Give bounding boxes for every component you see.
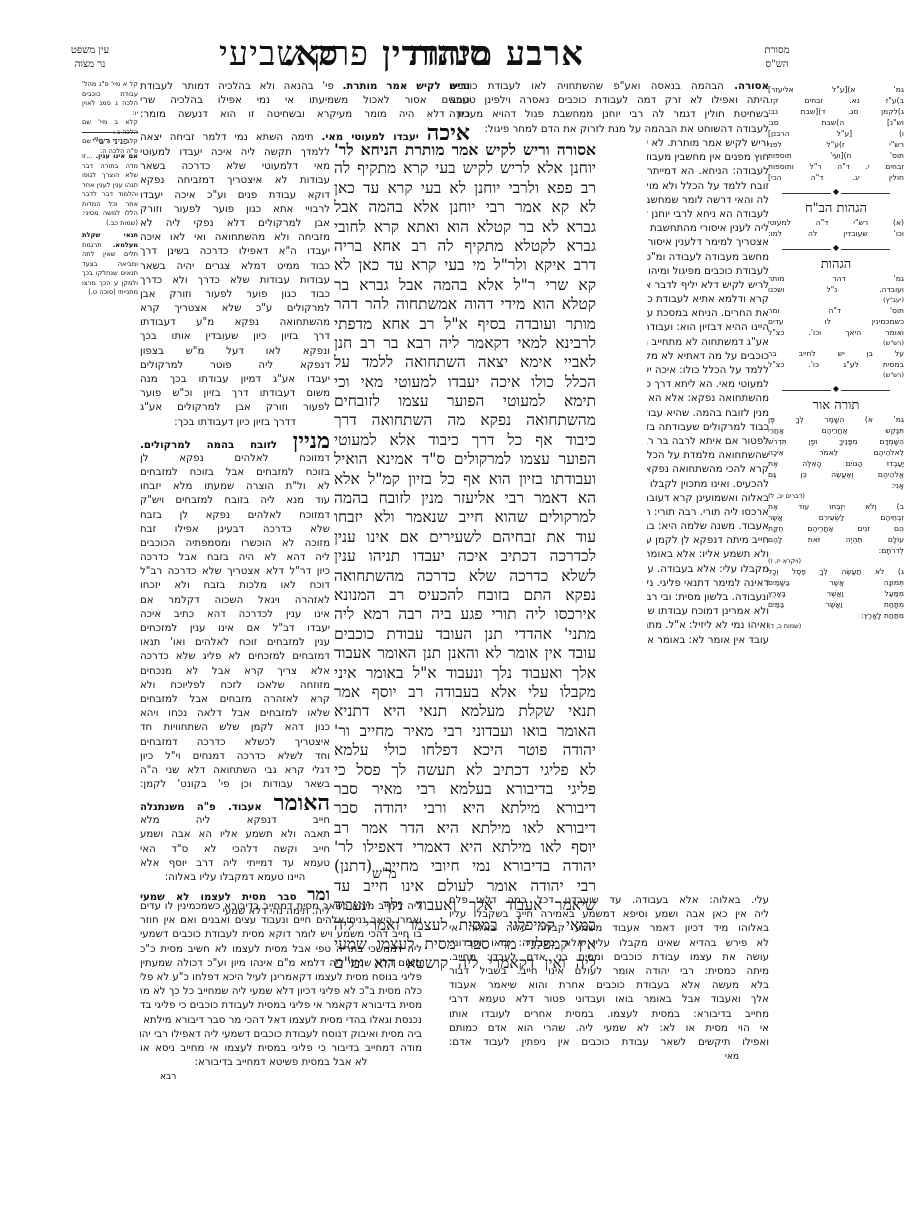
hagahot-habach-line: (א) רש"י ד"ה למעוטי xyxy=(768,217,904,228)
torah-or-source: (שמות כ, ד) xyxy=(768,621,904,631)
torah-or-line: תִּנָּקֵשׁ אַחֲרֵיהֶם אַחֲרֵי xyxy=(768,425,904,436)
tosafot-dibbur: אעבוד. פ"ה משנתנלה xyxy=(140,802,262,813)
rashi-line: באלוה ואשמועינן קרא דעובר בלאו xyxy=(647,492,769,506)
rashi-line: ונעבודה. בלשון מסית: ובי רבי xyxy=(647,591,769,605)
gemara-line: אין קמפלגי מר סבר מסית לעצמו שמעי xyxy=(334,935,596,954)
rashi-line: היתה ואפילו לא זרק דמה לעבודת כוכבים נאס… xyxy=(449,94,769,108)
rashi-line: כוכבים על מה דאתיא לא מלמדת בלא xyxy=(647,350,769,364)
ein-mishpat-heading-line: עין משפט xyxy=(50,44,130,58)
gemara-main-text: אסורה וריש לקיש אמר מותרת הניחא לר' יוחנ… xyxy=(334,140,596,974)
tosafot-line: תאבה ולא תשמע אליו הא אבה ושמע xyxy=(140,828,330,842)
rashi-line: למעוטי מאי. הא ליתא דרך כבוד xyxy=(647,378,769,392)
pnei-rashi-column: אם אינו ענין. ...זו מדה בתורה דבר שלא הו… xyxy=(82,152,138,298)
tosafot-line: כוכבים אסור לאכול משמיעתו אי נמי אפילו ב… xyxy=(140,94,470,108)
hagahot-title: הגהות xyxy=(768,259,904,270)
pnei-rashi-head: אם אינו ענין. xyxy=(96,152,138,160)
gemara-line: דיבורא מילתא היא ורבי יהודה סבר xyxy=(334,799,596,818)
hagahot-line: כשמכמינין לו עדים xyxy=(768,316,904,327)
gemara-line: מותר ועובדה בסיף א"ל רב אחא מדפתי xyxy=(334,315,596,334)
gemara-line: הכלל כולו איכה יעבדו למעוטי מאי וכי xyxy=(334,373,596,392)
rashi-line: ליה לענין איסורי מהתחשבת פיגול xyxy=(647,222,769,236)
rashi-line: חייב מיתה דנפקא לן לקמן עבודה xyxy=(647,534,769,548)
rashi-line: את החרים. הניחא במסכת ע"ז xyxy=(647,307,769,321)
tosafot-line: מודה דמחייב בדיבור כי פליגי במסית לעצמו … xyxy=(140,1042,422,1056)
rashi-line: ואפילו תיקשים לשאר עבודת כוכבים אין ניפת… xyxy=(449,1036,769,1050)
rashi-line: אצטריך למימר דלענין איסורא נמי xyxy=(647,236,769,250)
rashi-text: הבהמה בנאסה ואע"פ שהשתחויה לאו לעבודת כו… xyxy=(449,81,724,92)
rashi-line: זובח ללמד על הכלל ולא מוקמינן xyxy=(647,180,769,194)
rashi-line: אלך ואעבוד אבל באומר בואו ועבדוני פטור ד… xyxy=(449,993,769,1007)
rashi-line: לעבודה הא ניחא לרבי יוחנן דנפקא xyxy=(647,208,769,222)
tosafot-line: חייב וקשה דלהכי לא ס"ד האי xyxy=(140,843,330,857)
rashi-line: קרא ודלמא אתיא לעבודת כוכבים xyxy=(647,293,769,307)
gemara-line: מקבלו עלי אלא בעבודה רב יוסף אמר xyxy=(334,683,596,702)
gemara-line: דיבורא לאו מילתא היא הדר אמר רב xyxy=(334,819,596,838)
rashi-line: לעבודה דהשוחט את הבהמה על מנת לזרוק את ה… xyxy=(449,123,769,137)
tosafot-line: מאי דלמעוטי שלא כדרכה בשאר xyxy=(140,160,330,174)
torah-or-line: הִשָּׁמְדָם מִפָּנֶיךָ וּפֶן תִּדְרֹשׁ xyxy=(768,436,904,447)
rashi-line: להכעיס. ואינו מתכוין לקבלו עליו xyxy=(647,478,769,492)
tosafot-opening-word: מניין xyxy=(293,430,330,452)
gemara-line: לכדרכה דכתיב איכה יעבדו תניהו ענין xyxy=(334,547,596,566)
hagahot-habach-title: הגהות הב"ח xyxy=(768,203,904,214)
torah-or-line: יַעַבְדוּ הַגּוֹיִם הָאֵלֶּה אֶת xyxy=(768,458,904,469)
torah-or-line: אָנִי: xyxy=(768,480,904,491)
tosafot-text: תימה השתא נמי דלמר זביחה יצאה xyxy=(140,132,314,143)
tosafot-line: כיון דלא היה מומר מעיקרא ובשחיטה זו הוא … xyxy=(140,108,470,122)
gemara-line: הא דאמר רבי אליעזר מנין לזובח בהמה xyxy=(334,489,596,508)
rashi-line: היינו ההיא דבזיון הוא: ועבודתו בסייף. xyxy=(647,321,769,335)
gemara-catchword: מ"ש xyxy=(372,866,397,883)
rashi-catchword: מאי xyxy=(449,1050,769,1064)
torah-or-line: מִתַּחַת לָאָרֶץ: xyxy=(768,610,904,621)
gemara-line: אלך ואעבוד נלך ונעבוד א"ל באומר איני xyxy=(334,664,596,683)
hagahot-line: גמ' דהר מותר xyxy=(768,273,904,284)
tosafot-line: לא אבל במסית פשיטא דמחייב בדיבורא: xyxy=(140,1056,422,1070)
rashi-line: וריש לקיש אמר מותרת. לא יליף xyxy=(647,137,769,151)
tosafot-line: כיון דר"ל דלא אצטריך שלא כדרכה רב"ל xyxy=(140,565,330,579)
tosafot-line: יעבדו אע"ג דמיון עבודתו בכך מנה xyxy=(140,373,330,387)
torah-or-source: (דברים יב, ל) xyxy=(768,491,904,501)
masoret-line: זבחים י. ד"ה ר"ל ותוספות xyxy=(768,161,904,172)
masoret-line: גמ' א)[ע"ל אליעזר] xyxy=(768,84,904,95)
gemara-line: נפקא התם בזובח להכעיס רב המנונא xyxy=(334,586,596,605)
gemara-line: אירכסו ליה תורי פגע ביה רבה רמא ליה xyxy=(334,605,596,624)
tosafot-line: אבן למרקולים דלא נפקי ליה לא xyxy=(140,217,330,231)
folio-number: סא. xyxy=(283,34,339,74)
tosafot-line: למרקולים ע"כ שלא אצטריך קרא xyxy=(140,302,330,316)
rashi-line: דאינה למימר דתנאי פליגי. נלך xyxy=(647,577,769,591)
tosafot-line: טעמא עד דמייתי ליה דרב יוסף אלא xyxy=(140,857,330,871)
rashi-side-column: וריש לקיש אמר מותרת. לא יליף חוץ מפנים א… xyxy=(647,137,769,648)
gemara-line: אסורה וריש לקיש אמר מותרת הניחא לר' xyxy=(334,140,596,159)
gemara-line: במאי קמיפלגי במסית לעצמו ואמרי ליה xyxy=(334,916,596,935)
rashi-line: לעבודה: הניחא. הא דמייתר xyxy=(647,165,769,179)
gemara-line: לרבינא למאי דקאמר ליה רבא בר רב חנן xyxy=(334,334,596,353)
tosafot-line: משום דעבודתו דרך בזיון וכ"ש פוער xyxy=(140,387,330,401)
masoret-line: תוס' ח)[ועי' תוספות xyxy=(768,150,904,161)
tosafot-line: וריש לקיש אמר מותרת. פי' בהנאה ולא בהלכי… xyxy=(140,80,470,94)
tosafot-line: מזוכה לא הוכשרו ומסמפתיה הכוכבים xyxy=(140,537,330,551)
tosafot-line: דמזוכח לאלהים נפקא לן xyxy=(140,452,330,466)
tosafot-line: שלאו למזבחים אבל דלאה נכחו ויהא xyxy=(140,707,330,721)
tosafot-line: חייב דנפקא ליה מלא xyxy=(140,814,330,828)
torah-or-line: מִמַּעַל וַאֲשֶׁר בָּאָרֶץ xyxy=(768,588,904,599)
rashi-line: בלא מעשה אלא בעבודת כוכבים אחרת והוא שיא… xyxy=(449,979,769,993)
gemara-line: לאביי אימא יצאה השתחואה ללמד על xyxy=(334,353,596,372)
gemara-line: הפוער עצמו למרקולים ס"ד אמינא הואיל xyxy=(334,450,596,469)
hagahot-line: על בן יש לחייב בר xyxy=(768,348,904,359)
rashi-line: לפטור אם איתא לרבה בר רב חנן xyxy=(647,435,769,449)
tosafot-line: קרא לאזהרה מזבחים אבל למזבחים xyxy=(140,693,330,707)
tosafot-line: יעבדו דב"ל אם אינו ענין למזכחים xyxy=(140,622,330,636)
gemara-line: האומר בואו ועבדוני רבי מאיר מחייב ור' xyxy=(334,722,596,741)
tosafot-line: לא ול"ת הוצרה שמעתו מלא יזבחו xyxy=(140,480,330,494)
tosafot-line: דגלי קרא גבי השתחואה דלא שני ה"ה xyxy=(140,764,330,778)
rashi-line: לעבודת כוכבים מפיגול ומיהו אבל xyxy=(647,265,769,279)
gemara-line: מתני' אהדדי תנן העובד עבודת כוכבים xyxy=(334,625,596,644)
torah-or-line: גמ' א) הִשָּׁמֶר לְךָ פֶּן xyxy=(768,414,904,425)
hagahot-habach-line: וכו' שעובדין לה למו: xyxy=(768,228,904,239)
hagahot-line: תוס' ד"ה ומר xyxy=(768,305,904,316)
rashi-line: אסורה. הבהמה בנאסה ואע"פ שהשתחויה לאו לע… xyxy=(449,80,769,94)
masoret-heading-line: מסורת xyxy=(752,44,802,58)
gemara-line: עובד אין אומר לא והאנן תנן האומר אעבוד xyxy=(334,644,596,663)
rashi-line: מהשתחואה נפקא: אלא הא דא"ר אליעזר xyxy=(647,392,769,406)
gemara-line: שיאמר אעבוד אלך ואעבוד נלך ונעבוד xyxy=(334,896,596,915)
hagahot-source: (יעב"ץ) xyxy=(768,295,904,305)
tosafot-line: וחד לשלא כדרכה דמנחים וי"ל כיון xyxy=(140,750,330,764)
tosafot-line: עוד מנא ליה בזובח למזבחים ויש"ק xyxy=(140,494,330,508)
hagahot-line: ועובדה. נ"ל ושכנו xyxy=(768,284,904,295)
tosafot-header-block: וריש לקיש אמר מותרת. פי' בהנאה ולא בהלכי… xyxy=(140,80,470,143)
gemara-line: קא שרי ר"ל אלא בהמה אבל גברא בר xyxy=(334,276,596,295)
tosafot-line: האומר אעבוד. פ"ה משנתנלה xyxy=(140,792,330,814)
tosafot-dibbur: לזובח בהמה למרקולים. xyxy=(140,440,277,451)
tosafot-line: נכנסת וגאלו בהדי מסית לעצמו דאל דהכי מר … xyxy=(140,1014,422,1028)
gemara-line: יוסף לאו מילתא היא דאמרי דאפילו לר' xyxy=(334,838,596,857)
torah-or-title: תורה אור xyxy=(768,400,904,411)
tosafot-line: כבוד ממיט דמלא צגרים יהיה בשאר xyxy=(140,260,330,274)
rashi-line: קרא להכי מהשתחואה נפקא: לזובח xyxy=(647,463,769,477)
tosafot-line: אינו ענין לכדרכה דהא כתיב איכה xyxy=(140,608,330,622)
rashi-line: ארכסו ליה תורי. רבה תורי: האומר xyxy=(647,506,769,520)
pnei-rashi-text: ...זו מדה בתורה דבר שלא הוצרך לגופו תנהו… xyxy=(82,152,138,227)
rashi-line: אי הוי מסית או לא: לא שמעי ליה. שהרי הוא… xyxy=(449,1022,769,1036)
tosafot-line: איצטריך לכשלא כדרכה דמזבחים xyxy=(140,736,330,750)
tosafot-line: ליה דהא לא היה בזבח אבל כדרכה xyxy=(140,551,330,565)
torah-or-line: אֱלֹהֵיהֶם וְאֶעֱשֶׂה כֵּן גַּם xyxy=(768,469,904,480)
tosafot-line: ללמדך תקשה ליה איכה יעבדו למעוטי xyxy=(140,146,330,160)
ein-mishpat-heading-line: נר מצוה xyxy=(50,58,130,72)
rashi-line: אע"ג דמשתחוה לא מתחייב מיתת עבודת xyxy=(647,336,769,350)
rashi-line: ללמד על הכלל כולו: איכה יעבדו. xyxy=(647,364,769,378)
tosafot-line: ענין למזבחים זוכח לאלהים ואו' תנאו xyxy=(140,636,330,650)
tosafot-line: שלא כדרכה דבעינן אפילו זבח xyxy=(140,523,330,537)
ornament-divider xyxy=(782,386,890,394)
torah-or-line: זִבְחֵיהֶם לַשְּׂעִירִם אֲשֶׁר xyxy=(768,512,904,523)
gemara-line: דרב איקא ולר"ל מי בעי קרא עד כאן לא xyxy=(334,256,596,275)
rashi-line: מנין לזובח בהמה. שהיא עבודת xyxy=(647,407,769,421)
hagahot-source: (רש"ש) xyxy=(768,370,904,380)
masoret-heading-line: הש"ס xyxy=(752,58,802,72)
torah-or-line: לְדֹרֹתָם: xyxy=(768,545,904,556)
torah-or-line: מִתָּחַת וַאֲשֶׁר בַּמַּיִם xyxy=(768,599,904,610)
masoret-column: גמ' א)[ע"ל אליעזר] ב)ע"ז נא. זבחים קז. ג… xyxy=(768,84,904,631)
hagahot-source: (רש"ש) xyxy=(768,338,904,348)
masoret-line: ב)ע"ז נא. זבחים קז. xyxy=(768,95,904,106)
tosafot-line: לרבויי אתא כגון פוער לפעור וזורק xyxy=(140,203,330,217)
rashi-line: מקבלו עלי: אלא בעבודה. עד שיעבדנו xyxy=(647,563,769,577)
tosafot-line: יעבדו ה"א דאפילו כדרכה בשינן דרך xyxy=(140,245,330,259)
ornament-divider xyxy=(82,132,138,133)
tosafot-line: דוכח לאו מלכות בזבח ולא יזכחו xyxy=(140,579,330,593)
torah-or-line: עוֹלָם תִּהְיֶה זֹּאת לָהֶם xyxy=(768,534,904,545)
tosafot-line: מסית בדיבורא דקאמר אי פליגי במסית לעבודת… xyxy=(140,999,422,1013)
tosafot-line: ונפקא לאו דעל מ"ש בצפון xyxy=(140,345,330,359)
gemara-line: פליגי בדיבורא בעלמא רבי מאיר סבר xyxy=(334,780,596,799)
tosafot-line: כבוד כגון פוער לפעור וזורק אבן xyxy=(140,288,330,302)
rashi-line: עובד אין אומר לא: באומר איני מקבלו xyxy=(647,634,769,648)
gemara-line: כיבוד אף כל דרך כיבוד אלא למעוטי xyxy=(334,431,596,450)
masoret-line: רש"י ז)ע"ל לפני xyxy=(768,139,904,150)
gemara-line: תנאי שקלת מעלמא תנאי היא דתניא xyxy=(334,702,596,721)
tosafot-catchword: רבא xyxy=(140,1070,422,1084)
rashi-line: אעבוד. משנה שלמה היא: בבלאי. xyxy=(647,520,769,534)
masoret-line: וש"נ] ה)שבת סג: xyxy=(768,117,904,128)
pnei-rashi-title: פניני רש"י xyxy=(82,136,138,147)
gemara-line: קטלא הוא מידי דהוה אמשתחוה להר דהר xyxy=(334,295,596,314)
gemara-line: גברא לקטלא מתקיף לה רב אחא בריה xyxy=(334,237,596,256)
gemara-line: לא פליגי דכתיב לא תעשה לך פסל כי xyxy=(334,761,596,780)
rashi-line: לה והאי דרשה לומר שמחשב מעבודה xyxy=(647,194,769,208)
rashi-line: בשחיטת חולין דגמר לה רבי יוחנן ממחשבת פג… xyxy=(449,108,769,122)
pnei-rashi-entry: תנאי שקלת מעלמא. תרגמת תלים שאין לתה ומב… xyxy=(82,231,138,298)
masoret-line: ו) [ע"ל הרבנן] xyxy=(768,128,904,139)
rashi-line: מחייב בדיבורא: במסית לעצמו. במסית אחרים … xyxy=(449,1008,769,1022)
tractate-name: סנהדרין xyxy=(382,34,490,74)
rashi-dibbur: אסורה. xyxy=(734,81,769,92)
masoret-hashas-heading: מסורת הש"ס xyxy=(752,44,802,72)
hagahot-line: במסית לע"ג כו'. כצ"ל xyxy=(768,359,904,370)
gemara-line: עוד את זבחיהם לשעירים אם אינו ענין xyxy=(334,528,596,547)
tosafot-line: בשאר עבודות וכן פי' בקונט' לקמן: xyxy=(140,778,330,792)
tosafot-line: לפעור וזורק אבן למרקולים אע"ג xyxy=(140,401,330,415)
torah-or-line: ב) וְלֹא יִזְבְּחוּ עוֹד אֶת xyxy=(768,501,904,512)
gemara-line: יהודה פוטר היכא דפלחו כולי עלמא xyxy=(334,741,596,760)
tosafot-line: מהשתחואה נפקא מ"ע דעבודתו xyxy=(140,316,330,330)
gemara-line: רב פפא ולרבי יוחנן לא בעי קרא עד כאן xyxy=(334,179,596,198)
tosafot-line: היינו טעמא דמקבלו עליו באלוה: xyxy=(140,871,330,885)
torah-or-line: הֵם זֹנִים אַחֲרֵיהֶם חֻקַּת xyxy=(768,523,904,534)
tosafot-line: אלא צריך קרא אבל לא מנכחים xyxy=(140,665,330,679)
tosafot-line: דדרך בזיון כיון דעבודתו בכך: xyxy=(140,416,330,430)
tosafot-line: דרך בזיון כיון שעובדין אותו בכך xyxy=(140,330,330,344)
rashi-commentary: אסורה. הבהמה בנאסה ואע"פ שהשתחויה לאו לע… xyxy=(449,80,769,137)
gemara-line: ועבודתו בזיון הוא אף כל בזיון קמ"ל אלא xyxy=(334,470,596,489)
tosafot-column: ללמדך תקשה ליה איכה יעבדו למעוטי מאי דלמ… xyxy=(140,146,330,919)
ornament-divider xyxy=(782,245,890,253)
gemara-line: ליה ואין דקאמרי ליה קושטא הוא ומ"ם xyxy=(334,954,596,973)
ein-mishpat-heading: עין משפט נר מצוה xyxy=(50,44,130,72)
tosafot-line: כלה מסית ב"כ לא פליגי דכיון דלא שמעי ליה… xyxy=(140,985,422,999)
rashi-line: שהשתחואה מלמדת על הכלל xyxy=(647,449,769,463)
gemara-line: יוחנן אלא לריש לקיש בעי קרא מתקיף לה xyxy=(334,159,596,178)
tosafot-line: מזוזחה שלאכו לזכח לפליוכח ולא xyxy=(140,679,330,693)
tosafot-line: דוקא עבודת פנים וע"כ איכה יעבדו xyxy=(140,189,330,203)
gemara-line: לא קא אמר רבי יוחנן אלא בהמה אבל xyxy=(334,198,596,217)
torah-or-line: תְּמוּנָה אֲשֶׁר בַּשָּׁמַיִם xyxy=(768,577,904,588)
tosafot-dibbur: וריש לקיש אמר מותרת. xyxy=(343,81,470,92)
tosafot-line: לאזהרה ויגאל השכוה דקלמר אם xyxy=(140,594,330,608)
rashi-line: חוץ מפנים אין מחשבין מעבודה xyxy=(647,151,769,165)
tosafot-line: דמזבחים למזכחים לא פליג שלא כדרכה xyxy=(140,650,330,664)
ornament-divider xyxy=(782,189,890,197)
tosafot-line: מזביחה ולא מהשתחואה ואי לאו איכה xyxy=(140,231,330,245)
torah-or-line: לֵאלֹהֵיהֶם לֵאמֹר אֵיכָה xyxy=(768,447,904,458)
rashi-line: ואיהו נמי לא ליזיל: א"ל. מתני' דקתני xyxy=(647,619,769,633)
tosafot-line: ביה מסית ואיבוק דנוסח לעבודת כוכבים דשמע… xyxy=(140,1028,422,1042)
tosafot-line: דמזוכח לאלהים נפקא לן בזבח xyxy=(140,509,330,523)
hagahot-line: ואומר היאך וכו'. כצ"ל xyxy=(768,327,904,338)
tosafot-text: פי' בהנאה ולא בהלכיה דמותר לעבודת xyxy=(140,81,334,92)
rashi-line: לריש לקיש דלא יליף לדבר אחר מהאי xyxy=(647,279,769,293)
ein-mishpat-entry: קל א מיי' פ"ג מהל' עבודת כוכבים הלכה ג ס… xyxy=(82,80,138,118)
torah-or-line: ג) לֹא תַעֲשֶׂה לְךָ פֶסֶל וְכָל xyxy=(768,566,904,577)
ein-mishpat-entry: קלא ב מיי' שם הלכה ג : xyxy=(82,118,138,137)
masoret-line: חולין יג. ד"ה הכי] xyxy=(768,172,904,183)
gemara-line: למרקולים שהוא חייב שנאמר ולא יזבחו xyxy=(334,508,596,527)
tosafot-line: כנון דהא לקמן שלש השתחוויות חד xyxy=(140,721,330,735)
gemara-line: לשלא כדרכה שלא כדרכה מהשתחואה xyxy=(334,567,596,586)
tosafot-line: בזוכח למזבחים אבל בזוכח למזבחים xyxy=(140,466,330,480)
tosafot-line: מניין לזובח בהמה למרקולים. xyxy=(140,430,330,452)
rashi-line: ולא אמרינן דמוכח עבודתו שהסית xyxy=(647,605,769,619)
tosafot-line: עבודות עבודות שלא כדרך ולא כדרך xyxy=(140,274,330,288)
gemara-line: גברא לא בר קטלא הוא ואתא קרא לחובי xyxy=(334,218,596,237)
tosafot-line: עבודות לא איצטריך דמזביחה נפקא xyxy=(140,174,330,188)
masoret-line: ג)לקמן סג. ד)[שבת נב: xyxy=(768,106,904,117)
pnei-rashi-entry: אם אינו ענין. ...זו מדה בתורה דבר שלא הו… xyxy=(82,152,138,228)
rashi-line: ולא תשמע אליו: אלא באומר איני xyxy=(647,548,769,562)
tosafot-opening-word: האומר xyxy=(274,792,330,814)
rashi-line: מחשב מעבודה לעבודה ומ"ט לא ילפינן xyxy=(647,251,769,265)
gemara-line: תימא למעוטי הפוער עצמו לזובחים xyxy=(334,392,596,411)
gemara-line: מהשתחואה נפקא מה השתחואה דרך xyxy=(334,411,596,430)
torah-or-source: (ויקרא יז, ז) xyxy=(768,556,904,566)
tosafot-line: דנפקא ליה פוטר למרקולים xyxy=(140,359,330,373)
rashi-line: כבוד למרקולים שעבודתה בזיון xyxy=(647,421,769,435)
